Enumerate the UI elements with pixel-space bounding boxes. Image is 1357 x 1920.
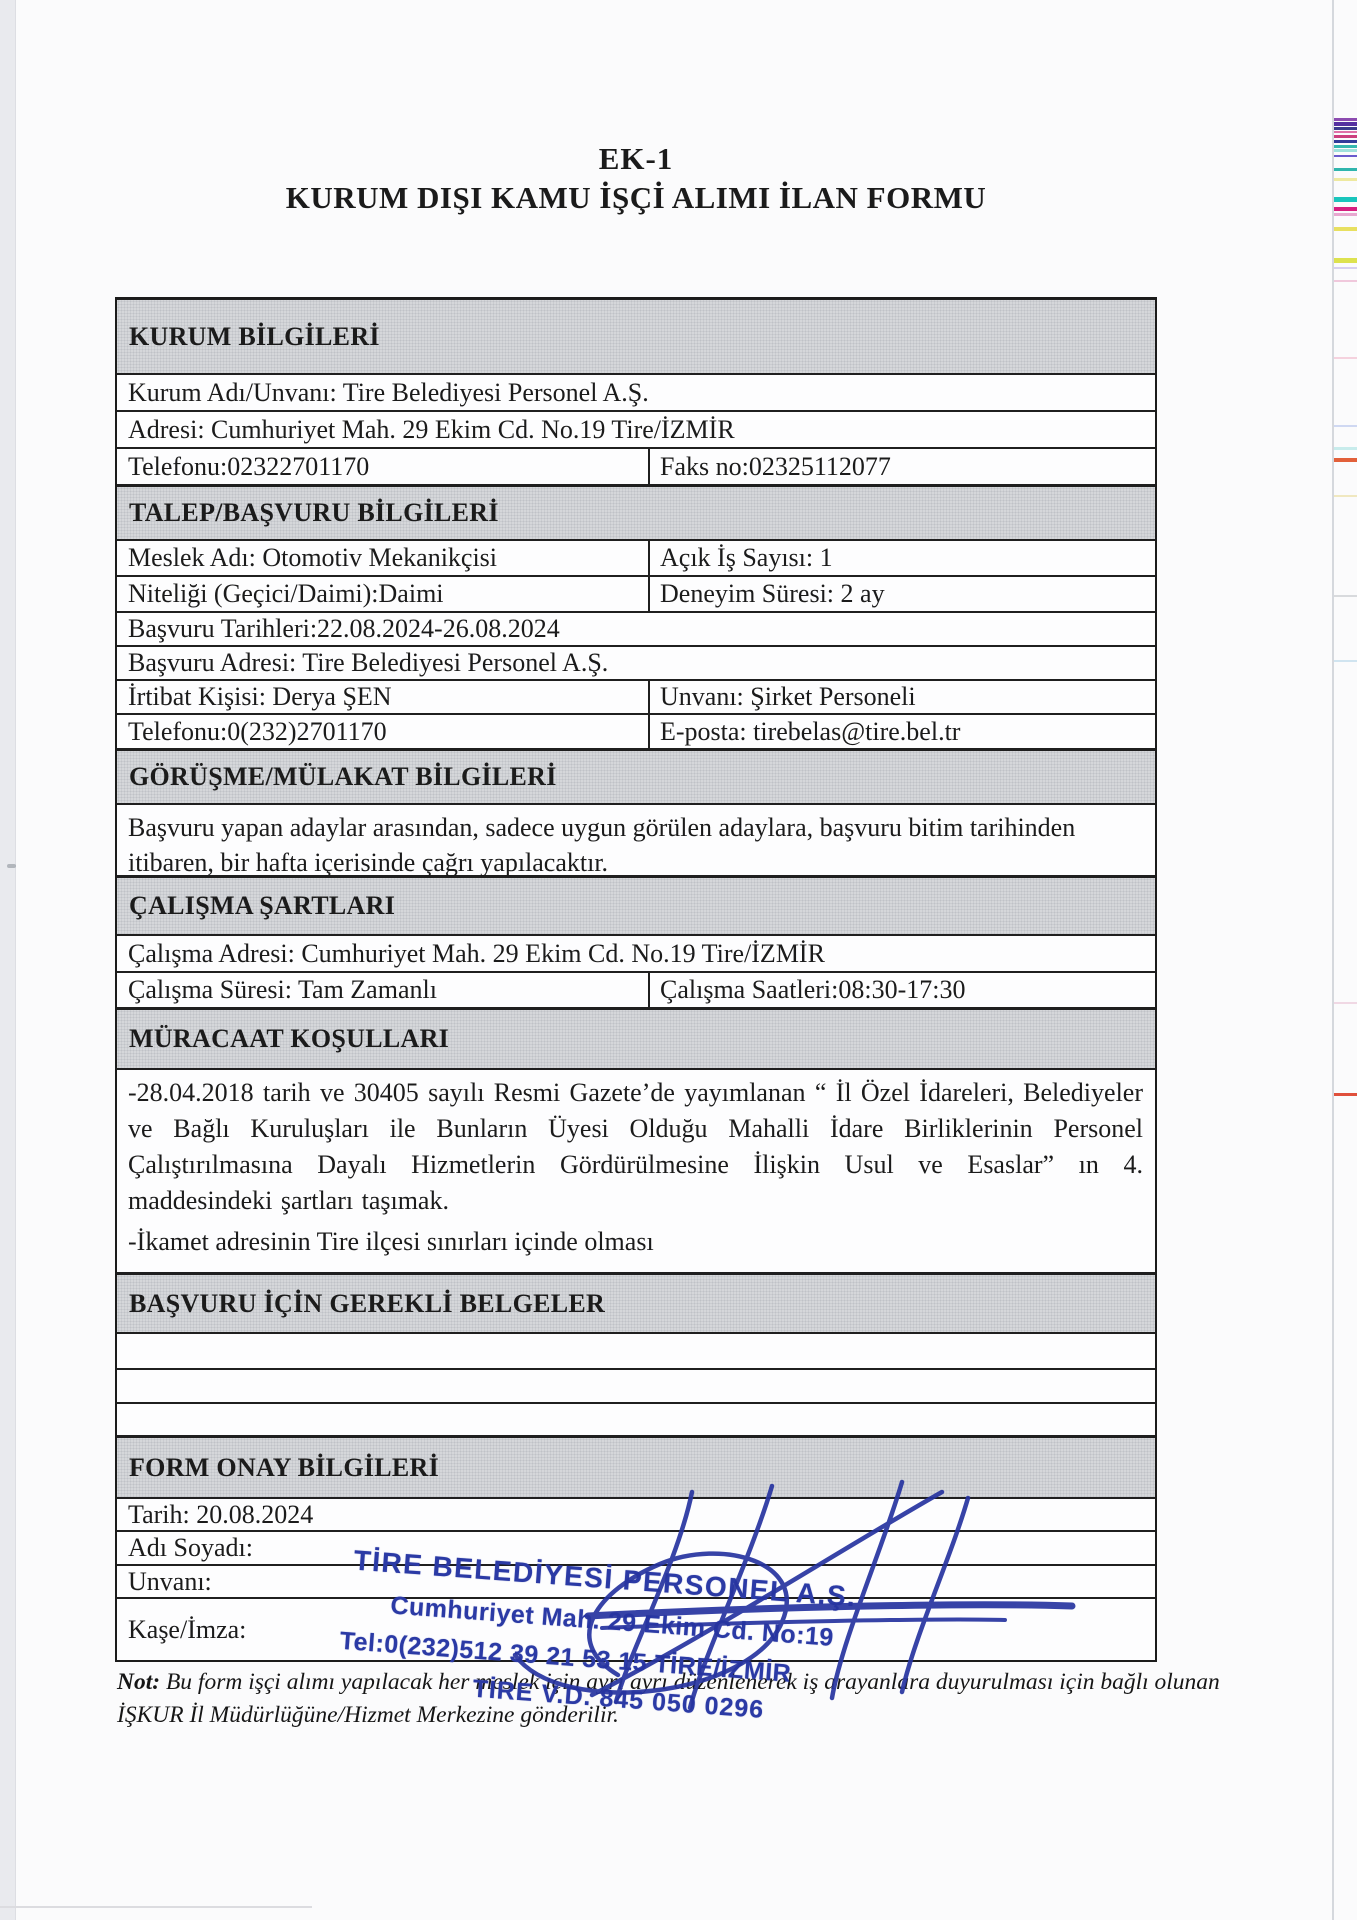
scan-color-artifact — [1334, 280, 1357, 282]
footnote-text: Bu form işçi alımı yapılacak her meslek … — [117, 1669, 1220, 1728]
scan-left-mark — [7, 864, 16, 868]
empty-row-3 — [117, 1404, 1155, 1437]
field-calisma-adresi: Çalışma Adresi: Cumhuriyet Mah. 29 Ekim … — [117, 936, 1155, 973]
scan-color-artifact — [1334, 122, 1357, 126]
annex-number: EK-1 — [115, 140, 1157, 178]
scan-color-artifact — [1334, 197, 1357, 202]
document-header: EK-1 KURUM DIŞI KAMU İŞÇİ ALIMI İLAN FOR… — [115, 140, 1157, 218]
field-adi-soyadi: Adı Soyadı: — [117, 1532, 1155, 1566]
scan-color-artifact — [1334, 1002, 1357, 1004]
scan-color-artifact — [1334, 145, 1357, 148]
field-faks: Faks no:02325112077 — [648, 449, 1155, 484]
field-irtibat-kisisi: İrtibat Kişisi: Derya ŞEN — [117, 681, 648, 713]
section-title: MÜRACAAT KOŞULLARI — [129, 1024, 449, 1054]
scan-color-artifact — [1334, 595, 1357, 597]
footnote: Not: Bu form işçi alımı yapılacak her me… — [117, 1666, 1242, 1732]
gorusme-paragraph: Başvuru yapan adaylar arasından, sadece … — [117, 805, 1155, 877]
form-table: KURUM BİLGİLERİ Kurum Adı/Unvanı: Tire B… — [115, 297, 1157, 1662]
field-deneyim-suresi: Deneyim Süresi: 2 ay — [648, 577, 1155, 611]
scan-color-artifact — [1334, 227, 1357, 231]
scan-color-artifact — [1334, 425, 1357, 427]
empty-row-1 — [117, 1334, 1155, 1370]
field-calisma-saatleri: Çalışma Saatleri:08:30-17:30 — [648, 973, 1155, 1007]
section-title: TALEP/BAŞVURU BİLGİLERİ — [129, 498, 499, 528]
scan-color-artifact — [1334, 118, 1357, 121]
row-telefon-eposta: Telefonu:0(232)2701170 E-posta: tirebela… — [117, 715, 1155, 750]
section-title: FORM ONAY BİLGİLERİ — [129, 1453, 439, 1483]
scan-right-line — [1332, 0, 1334, 1920]
scan-color-artifact — [1334, 258, 1357, 263]
field-basvuru-tarihleri: Başvuru Tarihleri:22.08.2024-26.08.2024 — [117, 613, 1155, 647]
field-eposta: E-posta: tirebelas@tire.bel.tr — [648, 715, 1155, 748]
scan-color-artifact — [1334, 447, 1357, 450]
scan-color-artifact — [1334, 495, 1357, 497]
scan-color-artifact — [1334, 458, 1357, 462]
section-gorusme-mulakat: GÖRÜŞME/MÜLAKAT BİLGİLERİ — [117, 750, 1155, 805]
scan-left-edge — [0, 0, 16, 1920]
scan-color-artifact — [1334, 178, 1357, 181]
field-niteligi: Niteliği (Geçici/Daimi):Daimi — [117, 577, 648, 611]
section-form-onay: FORM ONAY BİLGİLERİ — [117, 1437, 1155, 1499]
row-nitelik-deneyim: Niteliği (Geçici/Daimi):Daimi Deneyim Sü… — [117, 577, 1155, 613]
section-calisma-sartlari: ÇALIŞMA ŞARTLARI — [117, 877, 1155, 936]
field-meslek-adi: Meslek Adı: Otomotiv Mekanikçisi — [117, 541, 648, 575]
field-telefonu-2: Telefonu:0(232)2701170 — [117, 715, 648, 748]
scan-color-artifact — [1334, 131, 1357, 133]
scan-color-artifact — [1334, 660, 1357, 662]
section-title: BAŞVURU İÇİN GEREKLİ BELGELER — [129, 1289, 605, 1319]
section-talep-basvuru: TALEP/BAŞVURU BİLGİLERİ — [117, 486, 1155, 541]
field-kase-imza: Kaşe/İmza: — [117, 1599, 1155, 1660]
muracaat-paragraphs: -28.04.2018 tarih ve 30405 sayılı Resmi … — [117, 1070, 1155, 1274]
field-calisma-suresi: Çalışma Süresi: Tam Zamanlı — [117, 973, 648, 1007]
page-title: KURUM DIŞI KAMU İŞÇİ ALIMI İLAN FORMU — [115, 178, 1157, 218]
muracaat-paragraph-1: -28.04.2018 tarih ve 30405 sayılı Resmi … — [117, 1070, 1155, 1219]
row-sure-saat: Çalışma Süresi: Tam Zamanlı Çalışma Saat… — [117, 973, 1155, 1009]
section-title: GÖRÜŞME/MÜLAKAT BİLGİLERİ — [129, 762, 557, 792]
scan-color-artifact — [1334, 267, 1357, 269]
section-title: ÇALIŞMA ŞARTLARI — [129, 891, 395, 921]
field-adresi: Adresi: Cumhuriyet Mah. 29 Ekim Cd. No.1… — [117, 412, 1155, 449]
field-acik-is-sayisi: Açık İş Sayısı: 1 — [648, 541, 1155, 575]
section-kurum-bilgileri: KURUM BİLGİLERİ — [117, 299, 1155, 375]
row-meslek-acikis: Meslek Adı: Otomotiv Mekanikçisi Açık İş… — [117, 541, 1155, 577]
footnote-label: Not: — [117, 1669, 160, 1695]
field-telefonu: Telefonu:02322701170 — [117, 449, 648, 484]
field-tarih: Tarih: 20.08.2024 — [117, 1499, 1155, 1532]
scan-color-artifact — [1334, 213, 1357, 216]
row-telefon-faks: Telefonu:02322701170 Faks no:02325112077 — [117, 449, 1155, 486]
scan-color-artifact — [1334, 168, 1357, 171]
section-muracaat-kosullari: MÜRACAAT KOŞULLARI — [117, 1009, 1155, 1070]
scan-color-artifact — [1334, 127, 1357, 130]
scan-color-artifact — [1334, 207, 1357, 211]
scanned-form-page: { "page": { "title_line1": "EK-1", "titl… — [0, 0, 1357, 1920]
field-basvuru-adresi: Başvuru Adresi: Tire Belediyesi Personel… — [117, 647, 1155, 681]
scan-color-artifact — [1334, 149, 1357, 152]
field-unvani: Unvanı: Şirket Personeli — [648, 681, 1155, 713]
scan-color-artifact — [1334, 155, 1357, 157]
muracaat-paragraph-2: -İkamet adresinin Tire ilçesi sınırları … — [117, 1219, 1155, 1259]
section-title: KURUM BİLGİLERİ — [129, 322, 380, 352]
scan-color-artifact — [1334, 140, 1357, 143]
scan-color-artifact — [1334, 357, 1357, 359]
field-kurum-adi: Kurum Adı/Unvanı: Tire Belediyesi Person… — [117, 375, 1155, 412]
section-gerekli-belgeler: BAŞVURU İÇİN GEREKLİ BELGELER — [117, 1274, 1155, 1334]
row-irtibat-unvan: İrtibat Kişisi: Derya ŞEN Unvanı: Şirket… — [117, 681, 1155, 715]
scan-color-artifact — [1334, 135, 1357, 138]
empty-row-2 — [117, 1370, 1155, 1404]
field-unvani-onay: Unvanı: — [117, 1566, 1155, 1599]
scan-color-artifact — [1334, 1093, 1357, 1096]
scan-bottom-line — [0, 1906, 312, 1908]
